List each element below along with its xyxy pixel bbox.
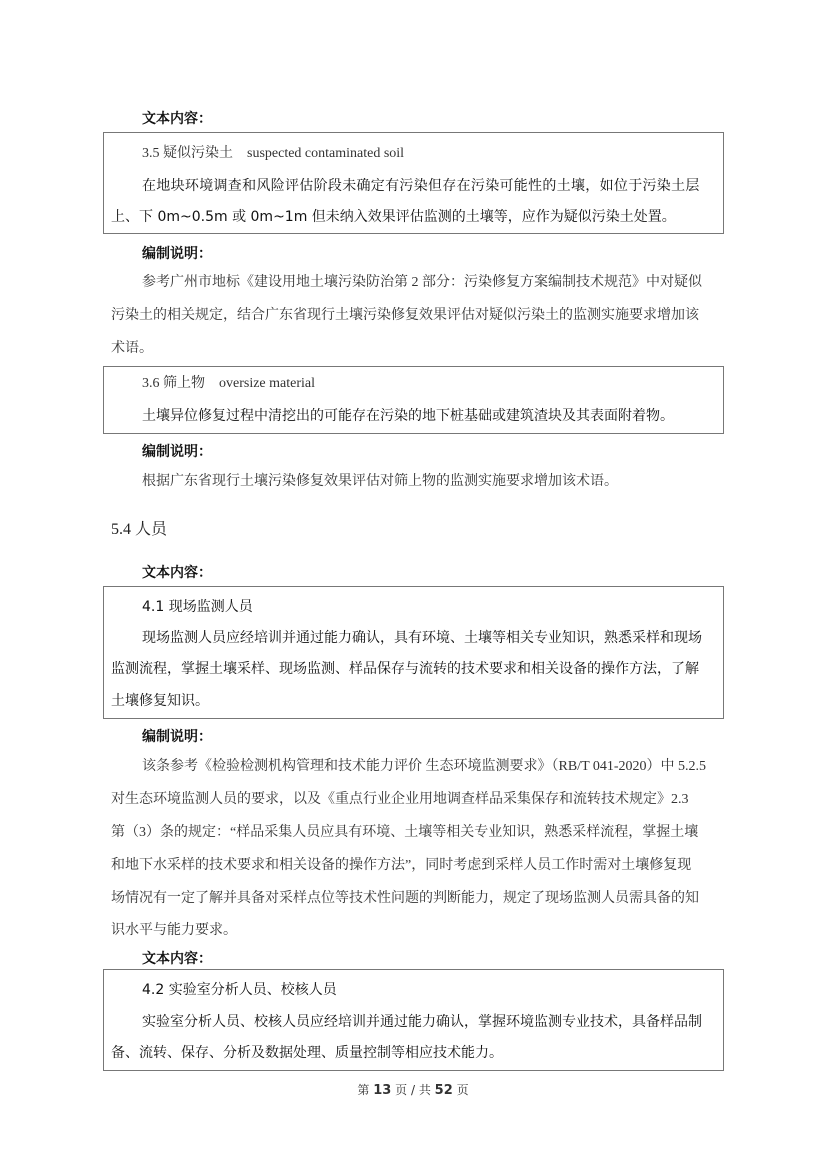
clause-body-line: 实验室分析人员、校核人员应经培训并通过能力确认，掌握环境监测专业技术，具备样品制 bbox=[142, 1013, 702, 1031]
explanation-line: 对生态环境监测人员的要求，以及《重点行业企业用地调查样品采集保存和流转技术规定》… bbox=[111, 791, 689, 809]
clause-english-term: suspected contaminated soil bbox=[247, 146, 404, 161]
text-content-label: 文本内容： bbox=[142, 948, 212, 968]
explanation-line: 术语。 bbox=[111, 340, 153, 358]
explanation-line: 第（3）条的规定：“样品采集人员应具有环境、土壤等相关专业知识，熟悉采样流程，掌… bbox=[111, 824, 698, 842]
clause-number: 3.6 筛上物 bbox=[142, 376, 205, 391]
explanation-label: 编制说明： bbox=[142, 243, 212, 263]
clause-body-line: 在地块环境调查和风险评估阶段未确定有污染但存在污染可能性的土壤，如位于污染土层 bbox=[142, 177, 700, 195]
clause-number: 3.5 疑似污染土 bbox=[142, 146, 233, 161]
clause-body-line: 现场监测人员应经培训并通过能力确认，具有环境、土壤等相关专业知识，熟悉采样和现场 bbox=[142, 629, 702, 647]
text-content-label: 文本内容： bbox=[142, 562, 212, 582]
explanation-line: 场情况有一定了解并具备对采样点位等技术性问题的判断能力，规定了现场监测人员需具备… bbox=[111, 890, 699, 908]
total-pages-number: 52 bbox=[435, 1083, 453, 1098]
clause-body-line: 监测流程，掌握土壤采样、现场监测、样品保存与流转的技术要求和相关设备的操作方法，… bbox=[111, 660, 699, 678]
explanation-label: 编制说明： bbox=[142, 441, 212, 461]
footer-prefix: 第 bbox=[357, 1083, 369, 1097]
current-page-number: 13 bbox=[373, 1083, 391, 1098]
page-footer: 第 13 页 / 共 52 页 bbox=[0, 1081, 826, 1098]
explanation-line: 污染土的相关规定，结合广东省现行土壤污染修复效果评估对疑似污染土的监测实施要求增… bbox=[111, 307, 699, 325]
footer-mid: 页 / 共 bbox=[395, 1083, 431, 1097]
clause-title-4-2: 4.2 实验室分析人员、校核人员 bbox=[142, 981, 337, 999]
explanation-line: 根据广东省现行土壤污染修复效果评估对筛上物的监测实施要求增加该术语。 bbox=[142, 473, 618, 491]
section-heading: 5.4 人员 bbox=[111, 516, 167, 539]
clause-body-line: 土壤修复知识。 bbox=[111, 692, 209, 710]
explanation-line: 参考广州市地标《建设用地土壤污染防治第 2 部分：污染修复方案编制技术规范》中对… bbox=[142, 274, 702, 292]
clause-body-line: 土壤异位修复过程中清挖出的可能存在污染的地下桩基础或建筑渣块及其表面附着物。 bbox=[142, 407, 674, 425]
footer-suffix: 页 bbox=[457, 1083, 469, 1097]
clause-body-line: 上、下 0m~0.5m 或 0m~1m 但未纳入效果评估监测的土壤等，应作为疑似… bbox=[111, 208, 676, 226]
explanation-line: 该条参考《检验检测机构管理和技术能力评价 生态环境监测要求》（RB/T 041-… bbox=[142, 758, 706, 776]
explanation-line: 识水平与能力要求。 bbox=[111, 922, 237, 940]
text-content-label: 文本内容： bbox=[142, 108, 212, 128]
clause-title-4-1: 4.1 现场监测人员 bbox=[142, 598, 253, 616]
clause-body-line: 备、流转、保存、分析及数据处理、质量控制等相应技术能力。 bbox=[111, 1044, 503, 1062]
clause-title-3-5: 3.5 疑似污染土 suspected contaminated soil bbox=[142, 145, 404, 163]
clause-english-term: oversize material bbox=[219, 376, 315, 391]
explanation-line: 和地下水采样的技术要求和相关设备的操作方法”，同时考虑到采样人员工作时需对土壤修… bbox=[111, 857, 691, 875]
clause-title-3-6: 3.6 筛上物 oversize material bbox=[142, 375, 315, 393]
explanation-label: 编制说明： bbox=[142, 726, 212, 746]
